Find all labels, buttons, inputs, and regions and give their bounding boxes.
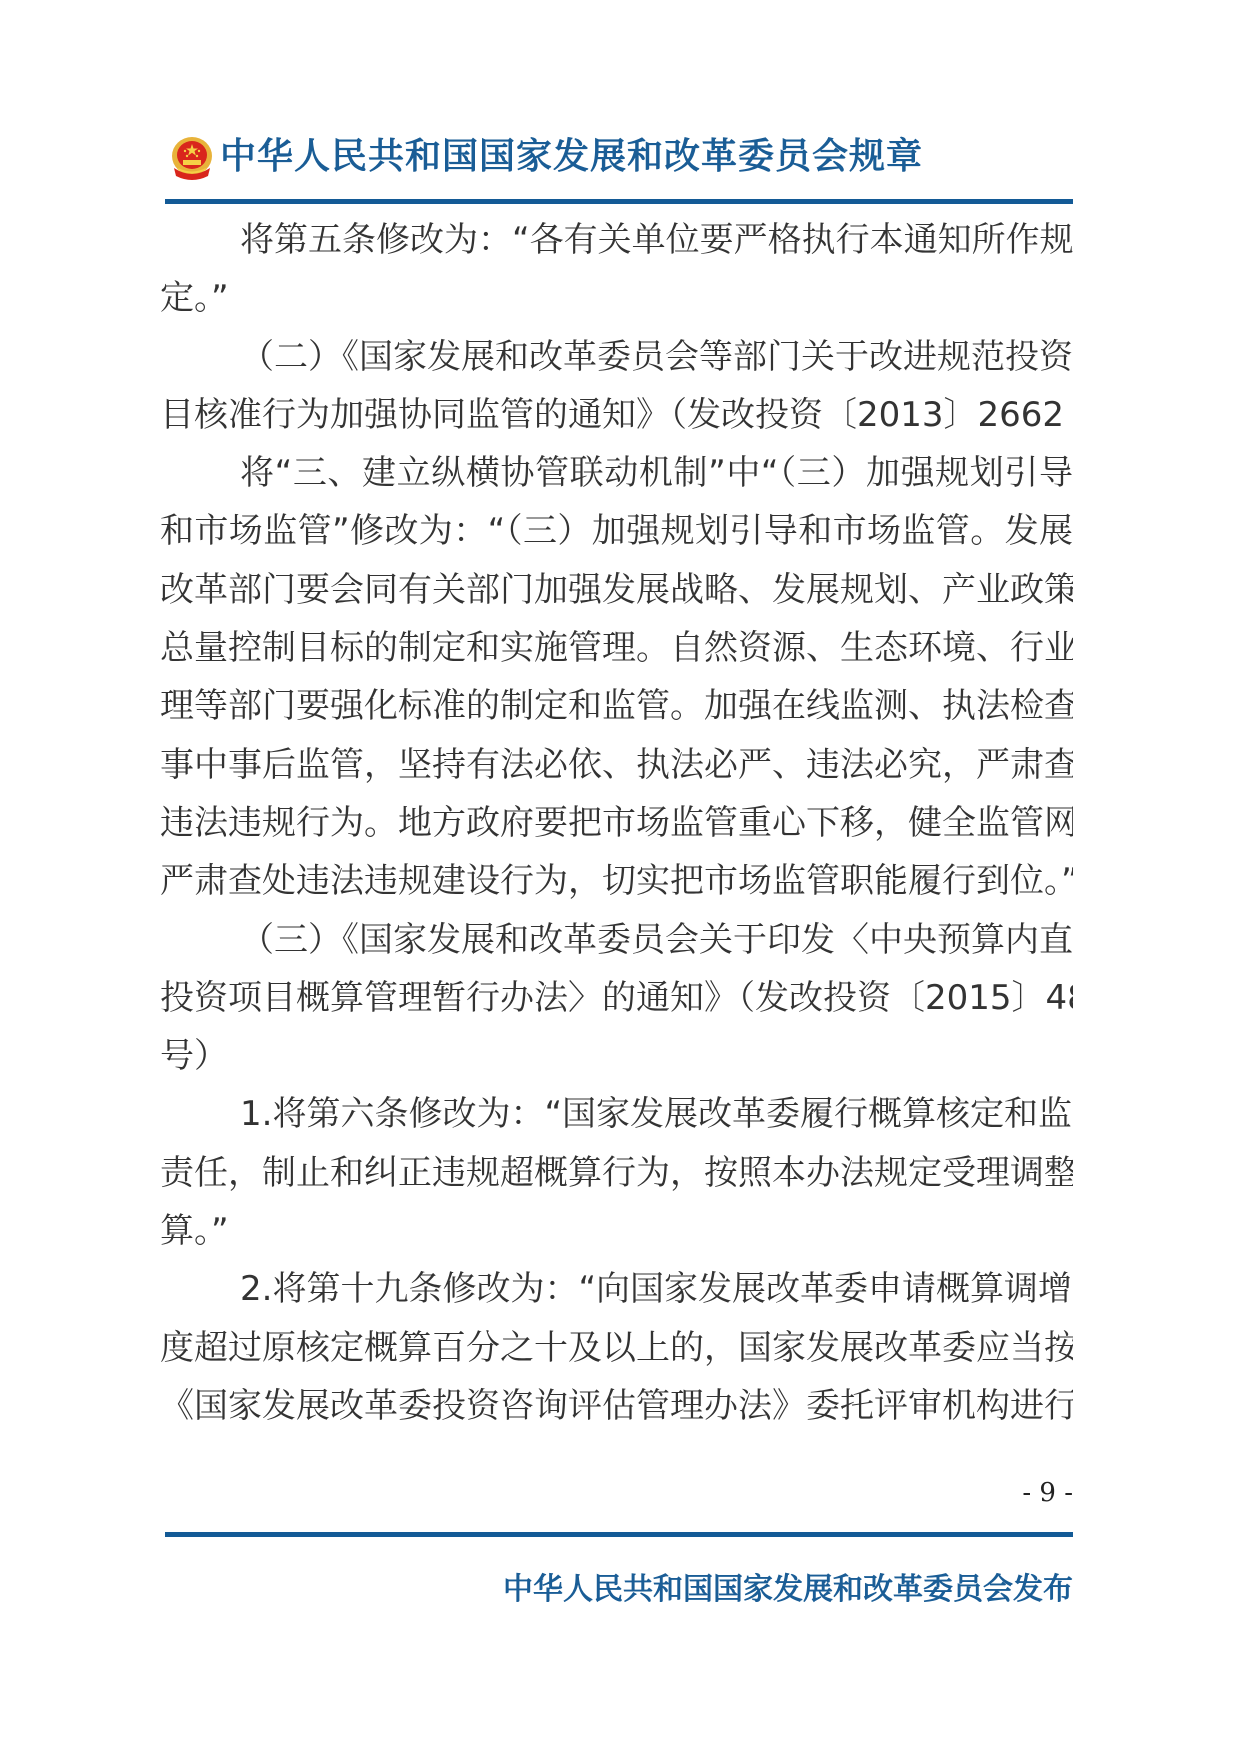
body-text-line: 和市场监管”修改为：“（三）加强规划引导和市场监管。发展 bbox=[160, 502, 1073, 560]
header-divider bbox=[165, 199, 1073, 204]
body-text-line: （二）《国家发展和改革委员会等部门关于改进规范投资项 bbox=[160, 328, 1073, 386]
body-text-line: 1.将第六条修改为：“国家发展改革委履行概算核定和监督 bbox=[160, 1085, 1073, 1143]
body-text-line: 将“三、建立纵横协管联动机制”中“（三）加强规划引导 bbox=[160, 444, 1073, 502]
body-text-line: 号） bbox=[160, 1027, 1073, 1085]
body-text-line: 目核准行为加强协同监管的通知》（发改投资〔2013〕2662 号） bbox=[160, 386, 1073, 444]
body-text-line: 投资项目概算管理暂行办法〉的通知》（发改投资〔2015〕482 bbox=[160, 969, 1073, 1027]
body-text-line: 理等部门要强化标准的制定和监管。加强在线监测、执法检查等 bbox=[160, 677, 1073, 735]
document-body: 将第五条修改为：“各有关单位要严格执行本通知所作规定。”（二）《国家发展和改革委… bbox=[160, 211, 1073, 1435]
page-number: - 9 - bbox=[1000, 1478, 1073, 1508]
body-text-line: 严肃查处违法违规建设行为，切实把市场监管职能履行到位。” bbox=[160, 852, 1073, 910]
body-text-line: 事中事后监管，坚持有法必依、执法必严、违法必究，严肃查处 bbox=[160, 736, 1073, 794]
national-emblem-icon bbox=[170, 136, 214, 182]
body-text-line: 度超过原核定概算百分之十及以上的，国家发展改革委应当按照 bbox=[160, 1319, 1073, 1377]
body-text-line: 总量控制目标的制定和实施管理。自然资源、生态环境、行业管 bbox=[160, 619, 1073, 677]
body-text-line: （三）《国家发展和改革委员会关于印发〈中央预算内直接 bbox=[160, 911, 1073, 969]
footer-divider bbox=[165, 1532, 1073, 1537]
header-title: 中华人民共和国国家发展和改革委员会规章 bbox=[220, 134, 923, 180]
body-text-line: 责任，制止和纠正违规超概算行为，按照本办法规定受理调整概 bbox=[160, 1144, 1073, 1202]
body-text-line: 将第五条修改为：“各有关单位要严格执行本通知所作规 bbox=[160, 211, 1073, 269]
body-text-line: 算。” bbox=[160, 1202, 1073, 1260]
footer-publisher: 中华人民共和国国家发展和改革委员会发布 bbox=[503, 1570, 1073, 1610]
body-text-line: 2.将第十九条修改为：“向国家发展改革委申请概算调增幅 bbox=[160, 1260, 1073, 1318]
body-text-line: 定。” bbox=[160, 269, 1073, 327]
body-text-line: 《国家发展改革委投资咨询评估管理办法》委托评审机构进行专 bbox=[160, 1377, 1073, 1435]
body-text-line: 违法违规行为。地方政府要把市场监管重心下移，健全监管网络， bbox=[160, 794, 1073, 852]
body-text-line: 改革部门要会同有关部门加强发展战略、发展规划、产业政策、 bbox=[160, 561, 1073, 619]
